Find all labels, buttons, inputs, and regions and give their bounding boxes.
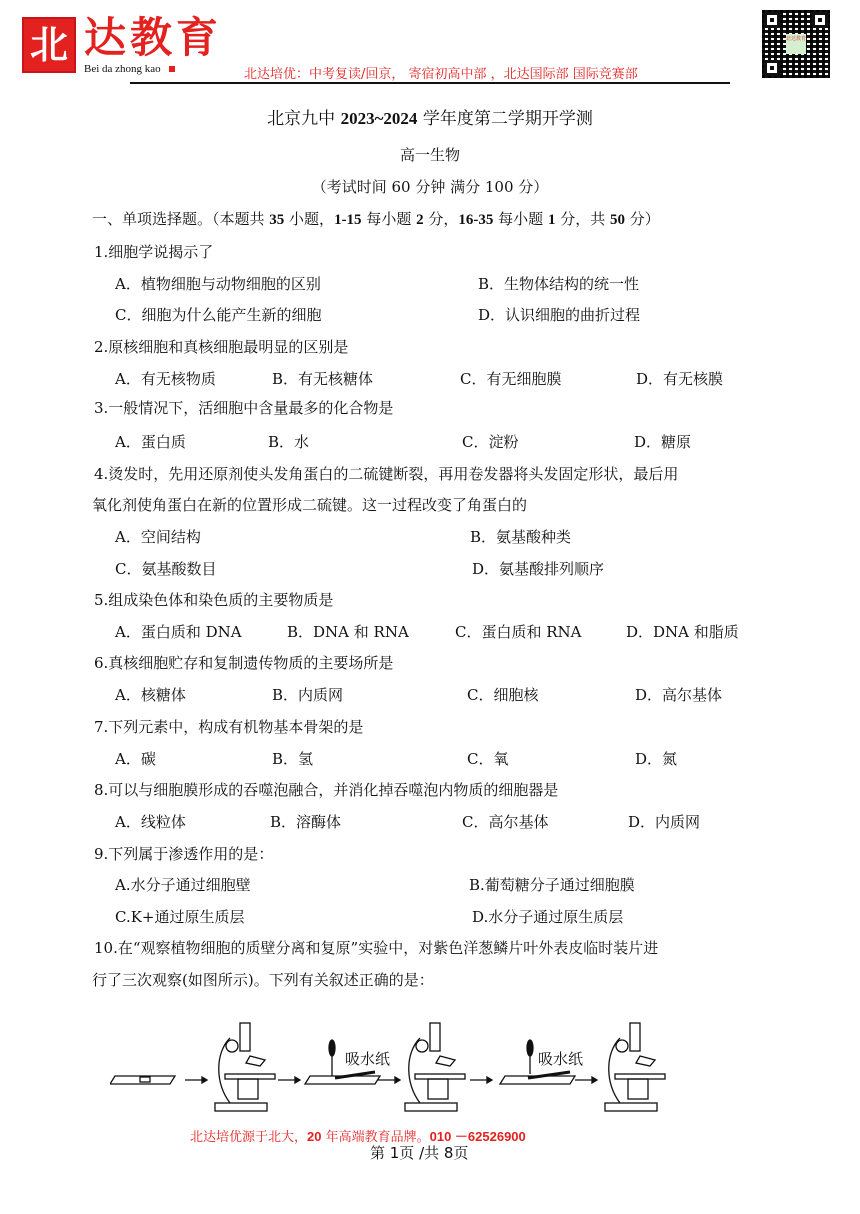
title-year: 2023~2024 xyxy=(341,109,418,128)
q3-option-a: A．蛋白质 xyxy=(115,431,186,452)
title-suffix: 学年度第二学期开学测 xyxy=(423,109,593,129)
section-num: 35 xyxy=(269,212,284,228)
q4-option-c: C．氨基酸数目 xyxy=(115,558,216,579)
q2-option-c: C．有无细胞膜 xyxy=(460,368,561,389)
section-num: 1-15 xyxy=(334,212,362,228)
q5-option-d: D．DNA 和脂质 xyxy=(626,621,739,642)
section-num: 16-35 xyxy=(458,212,493,228)
footer-ad-text: 北达培优源于北大， xyxy=(190,1130,307,1145)
qr-corner xyxy=(764,60,780,76)
section-text: 分） xyxy=(625,210,660,228)
question-9-stem: 9.下列属于渗透作用的是： xyxy=(94,843,273,864)
section-text: 每小题 xyxy=(493,210,548,228)
q4-option-d: D．氨基酸排列顺序 xyxy=(472,558,604,579)
page-number: 第 1页 /共 8页 xyxy=(370,1142,468,1163)
section-text: 一、单项选择题。（本题共 xyxy=(92,210,269,228)
q1-option-b: B．生物体结构的统一性 xyxy=(478,273,639,294)
q3-option-b: B．水 xyxy=(268,431,309,452)
title-prefix: 北京九中 xyxy=(267,109,335,129)
q3-option-c: C．淀粉 xyxy=(462,431,518,452)
qr-center-label: 北达教育 xyxy=(786,34,806,54)
q7-option-c: C．氧 xyxy=(467,748,508,769)
section-num: 50 xyxy=(610,212,625,228)
q8-option-b: B．溶酶体 xyxy=(270,811,341,832)
q8-option-a: A．线粒体 xyxy=(115,811,186,832)
question-8-stem: 8.可以与细胞膜形成的吞噬泡融合，并消化掉吞噬泡内物质的细胞器是 xyxy=(94,779,558,800)
q3-option-d: D．糖原 xyxy=(634,431,691,452)
logo-subtitle: Bei da zhong kao xyxy=(84,63,175,75)
q5-option-a: A．蛋白质和 DNA xyxy=(115,621,242,642)
header-slogan: 北达培优：中考复读/回京， 寄宿初高中部 ，北达国际部 国际竞赛部 xyxy=(244,63,638,82)
q1-option-a: A．植物细胞与动物细胞的区别 xyxy=(115,273,321,294)
microscope-icon xyxy=(215,1023,275,1111)
qr-corner xyxy=(764,12,780,28)
question-7-stem: 7.下列元素中，构成有机物基本骨架的是 xyxy=(94,716,363,737)
q9-option-a: A.水分子通过细胞壁 xyxy=(115,874,251,895)
exam-subject: 高一生物 xyxy=(0,144,860,165)
blotting-paper-label-1: 吸水纸 xyxy=(345,1048,390,1069)
q5-option-b: B．DNA 和 RNA xyxy=(287,621,409,642)
question-10-stem-cont: 行了三次观察(如图所示)。下列有关叙述正确的是： xyxy=(92,969,434,990)
q6-option-a: A．核糖体 xyxy=(115,684,186,705)
footer-advert: 北达培优源于北大，20 年高端教育品牌。010 －62526900 xyxy=(190,1126,526,1145)
q9-option-b: B.葡萄糖分子通过细胞膜 xyxy=(469,874,635,895)
q6-option-d: D．高尔基体 xyxy=(635,684,722,705)
blotting-paper-label-2: 吸水纸 xyxy=(538,1048,583,1069)
logo-subtitle-text: Bei da zhong kao xyxy=(84,63,161,75)
q4-option-a: A．空间结构 xyxy=(115,526,201,547)
q9-option-c: C.K+通过原生质层 xyxy=(115,906,245,927)
red-square-icon xyxy=(169,66,175,72)
section-text: 分， xyxy=(424,210,459,228)
q2-option-b: B．有无核糖体 xyxy=(272,368,373,389)
logo-text: 达教育 xyxy=(84,14,222,62)
logo-mark: 北 xyxy=(22,17,76,73)
q4-option-b: B．氨基酸种类 xyxy=(470,526,571,547)
exam-info: （考试时间 60 分钟 满分 100 分） xyxy=(0,176,860,197)
qr-code-icon: 北达教育 xyxy=(762,10,830,78)
question-5-stem: 5.组成染色体和染色质的主要物质是 xyxy=(94,589,333,610)
q9-option-d: D.水分子通过原生质层 xyxy=(472,906,623,927)
qr-corner xyxy=(812,12,828,28)
q7-option-a: A．碳 xyxy=(115,748,156,769)
section-text: 小题， xyxy=(284,210,334,228)
question-2-stem: 2.原核细胞和真核细胞最明显的区别是 xyxy=(94,336,348,357)
section-text: 分，共 xyxy=(555,210,610,228)
q6-option-c: C．细胞核 xyxy=(467,684,538,705)
q8-option-c: C．高尔基体 xyxy=(462,811,548,832)
question-3-stem: 3.一般情况下，活细胞中含量最多的化合物是 xyxy=(94,397,393,418)
q8-option-d: D．内质网 xyxy=(628,811,700,832)
question-6-stem: 6.真核细胞贮存和复制遗传物质的主要场所是 xyxy=(94,652,393,673)
exam-title: 北京九中 2023~2024 学年度第二学期开学测 xyxy=(0,104,860,129)
microscope-experiment-figure: 吸水纸 吸水纸 xyxy=(110,1008,690,1116)
question-1-stem: 1.细胞学说揭示了 xyxy=(94,241,213,262)
q1-option-d: D．认识细胞的曲折过程 xyxy=(478,304,640,325)
experiment-diagram xyxy=(110,1008,690,1116)
q7-option-d: D．氮 xyxy=(635,748,677,769)
section-num: 2 xyxy=(416,212,424,228)
footer-ad-years: 20 xyxy=(307,1129,321,1144)
question-4-stem-cont: 氧化剂使角蛋白在新的位置形成二硫键。这一过程改变了角蛋白的 xyxy=(92,494,527,515)
section-heading: 一、单项选择题。（本题共 35 小题，1-15 每小题 2 分，16-35 每小… xyxy=(92,208,660,229)
q1-option-c: C．细胞为什么能产生新的细胞 xyxy=(115,304,321,325)
q7-option-b: B．氢 xyxy=(272,748,313,769)
q2-option-d: D．有无核膜 xyxy=(636,368,723,389)
q2-option-a: A．有无核物质 xyxy=(115,368,216,389)
question-4-stem: 4.烫发时，先用还原剂使头发角蛋白的二硫键断裂，再用卷发器将头发固定形状，最后用 xyxy=(94,463,678,484)
section-text: 每小题 xyxy=(362,210,417,228)
question-10-stem: 10.在“观察植物细胞的质壁分离和复原”实验中，对紫色洋葱鳞片叶外表皮临时装片进 xyxy=(94,937,658,958)
q6-option-b: B．内质网 xyxy=(272,684,343,705)
header-divider xyxy=(130,82,730,84)
q5-option-c: C．蛋白质和 RNA xyxy=(455,621,582,642)
